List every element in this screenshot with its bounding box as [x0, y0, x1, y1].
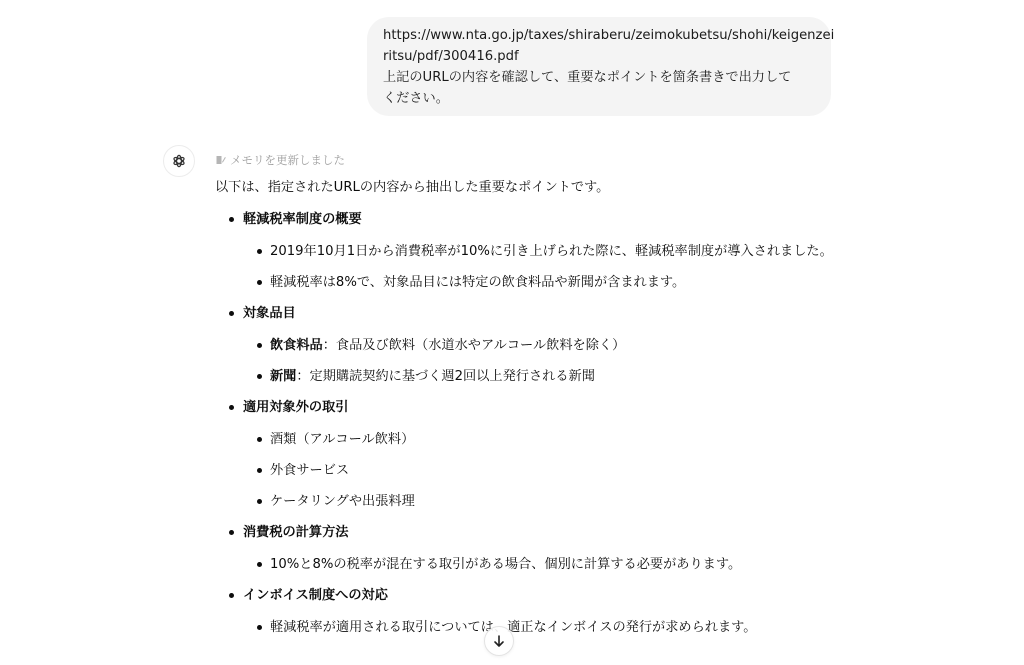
list-item-bold-label: 新聞 — [270, 369, 296, 384]
bullet-icon — [229, 405, 234, 410]
list-item: 酒類（アルコール飲料） — [243, 429, 835, 450]
memory-note-text: メモリを更新しました — [230, 151, 345, 169]
list-item-text: 新聞：定期購読契約に基づく週2回以上発行される新聞 — [270, 366, 835, 387]
bullet-icon — [229, 311, 234, 316]
section-title: 適用対象外の取引 — [243, 397, 835, 418]
memory-updated-note[interactable]: メモリを更新しました — [216, 151, 345, 169]
section-title: 消費税の計算方法 — [243, 522, 835, 543]
list-item-text: 軽減税率は8%で、対象品目には特定の飲食料品や新聞が含まれます。 — [270, 272, 835, 293]
list-item: ケータリングや出張料理 — [243, 491, 835, 512]
list-item-detail: ：定期購読契約に基づく週2回以上発行される新聞 — [296, 369, 595, 384]
scroll-to-bottom-button[interactable] — [484, 626, 514, 656]
list-item-text: 飲食料品：食品及び飲料（水道水やアルコール飲料を除く） — [270, 335, 835, 356]
list-item: 軽減税率は8%で、対象品目には特定の飲食料品や新聞が含まれます。 — [243, 272, 835, 293]
bullet-icon — [257, 625, 262, 630]
bullet-icon — [229, 217, 234, 222]
bullet-icon — [257, 374, 262, 379]
pencil-memory-icon — [216, 155, 226, 165]
list-item-detail: ：食品及び飲料（水道水やアルコール飲料を除く） — [323, 338, 626, 353]
list-item: 2019年10月1日から消費税率が10%に引き上げられた際に、軽減税率制度が導入… — [243, 241, 835, 262]
bullet-icon — [257, 249, 262, 254]
bullet-icon — [257, 499, 262, 504]
openai-logo-icon — [170, 152, 188, 170]
user-message-line: ください。 — [383, 88, 815, 109]
list-item: 新聞：定期購読契約に基づく週2回以上発行される新聞 — [243, 366, 835, 387]
response-intro: 以下は、指定されたURLの内容から抽出した重要なポイントです。 — [215, 177, 835, 198]
section-title: 軽減税率制度の概要 — [243, 209, 835, 230]
section-title: 対象品目 — [243, 303, 835, 324]
assistant-avatar — [163, 145, 195, 177]
arrow-down-icon — [492, 634, 506, 648]
list-item: 飲食料品：食品及び飲料（水道水やアルコール飲料を除く） — [243, 335, 835, 356]
list-item-text: 軽減税率が適用される取引については、適正なインボイスの発行が求められます。 — [270, 617, 835, 638]
bullet-icon — [229, 593, 234, 598]
list-item-text: ケータリングや出張料理 — [270, 491, 835, 512]
key-points-list: 軽減税率制度の概要 2019年10月1日から消費税率が10%に引き上げられた際に… — [215, 209, 835, 638]
user-message-line: 上記のURLの内容を確認して、重要なポイントを箇条書きで出力して — [383, 67, 815, 88]
list-item: 外食サービス — [243, 460, 835, 481]
list-item: 軽減税率が適用される取引については、適正なインボイスの発行が求められます。 — [243, 617, 835, 638]
user-message-line: https://www.nta.go.jp/taxes/shiraberu/ze… — [383, 25, 815, 46]
list-item-section: 軽減税率制度の概要 2019年10月1日から消費税率が10%に引き上げられた際に… — [215, 209, 835, 293]
user-message-bubble: https://www.nta.go.jp/taxes/shiraberu/ze… — [367, 17, 831, 116]
list-item-section: 消費税の計算方法 10%と8%の税率が混在する取引がある場合、個別に計算する必要… — [215, 522, 835, 575]
list-item: 10%と8%の税率が混在する取引がある場合、個別に計算する必要があります。 — [243, 554, 835, 575]
bullet-icon — [257, 562, 262, 567]
section-title: インボイス制度への対応 — [243, 585, 835, 606]
bullet-icon — [229, 530, 234, 535]
list-item-section: 適用対象外の取引 酒類（アルコール飲料） 外食サービス ケータリングや出張料理 — [215, 397, 835, 512]
list-item-text: 外食サービス — [270, 460, 835, 481]
list-item-text: 酒類（アルコール飲料） — [270, 429, 835, 450]
list-item-section: インボイス制度への対応 軽減税率が適用される取引については、適正なインボイスの発… — [215, 585, 835, 638]
list-item-section: 対象品目 飲食料品：食品及び飲料（水道水やアルコール飲料を除く） 新聞：定期購読… — [215, 303, 835, 387]
bullet-icon — [257, 468, 262, 473]
bullet-icon — [257, 280, 262, 285]
list-item-text: 10%と8%の税率が混在する取引がある場合、個別に計算する必要があります。 — [270, 554, 835, 575]
bullet-icon — [257, 343, 262, 348]
list-item-text: 2019年10月1日から消費税率が10%に引き上げられた際に、軽減税率制度が導入… — [270, 241, 835, 262]
list-item-bold-label: 飲食料品 — [270, 338, 323, 353]
assistant-response: 以下は、指定されたURLの内容から抽出した重要なポイントです。 軽減税率制度の概… — [215, 177, 835, 648]
user-message-line: ritsu/pdf/300416.pdf — [383, 46, 815, 67]
bullet-icon — [257, 437, 262, 442]
